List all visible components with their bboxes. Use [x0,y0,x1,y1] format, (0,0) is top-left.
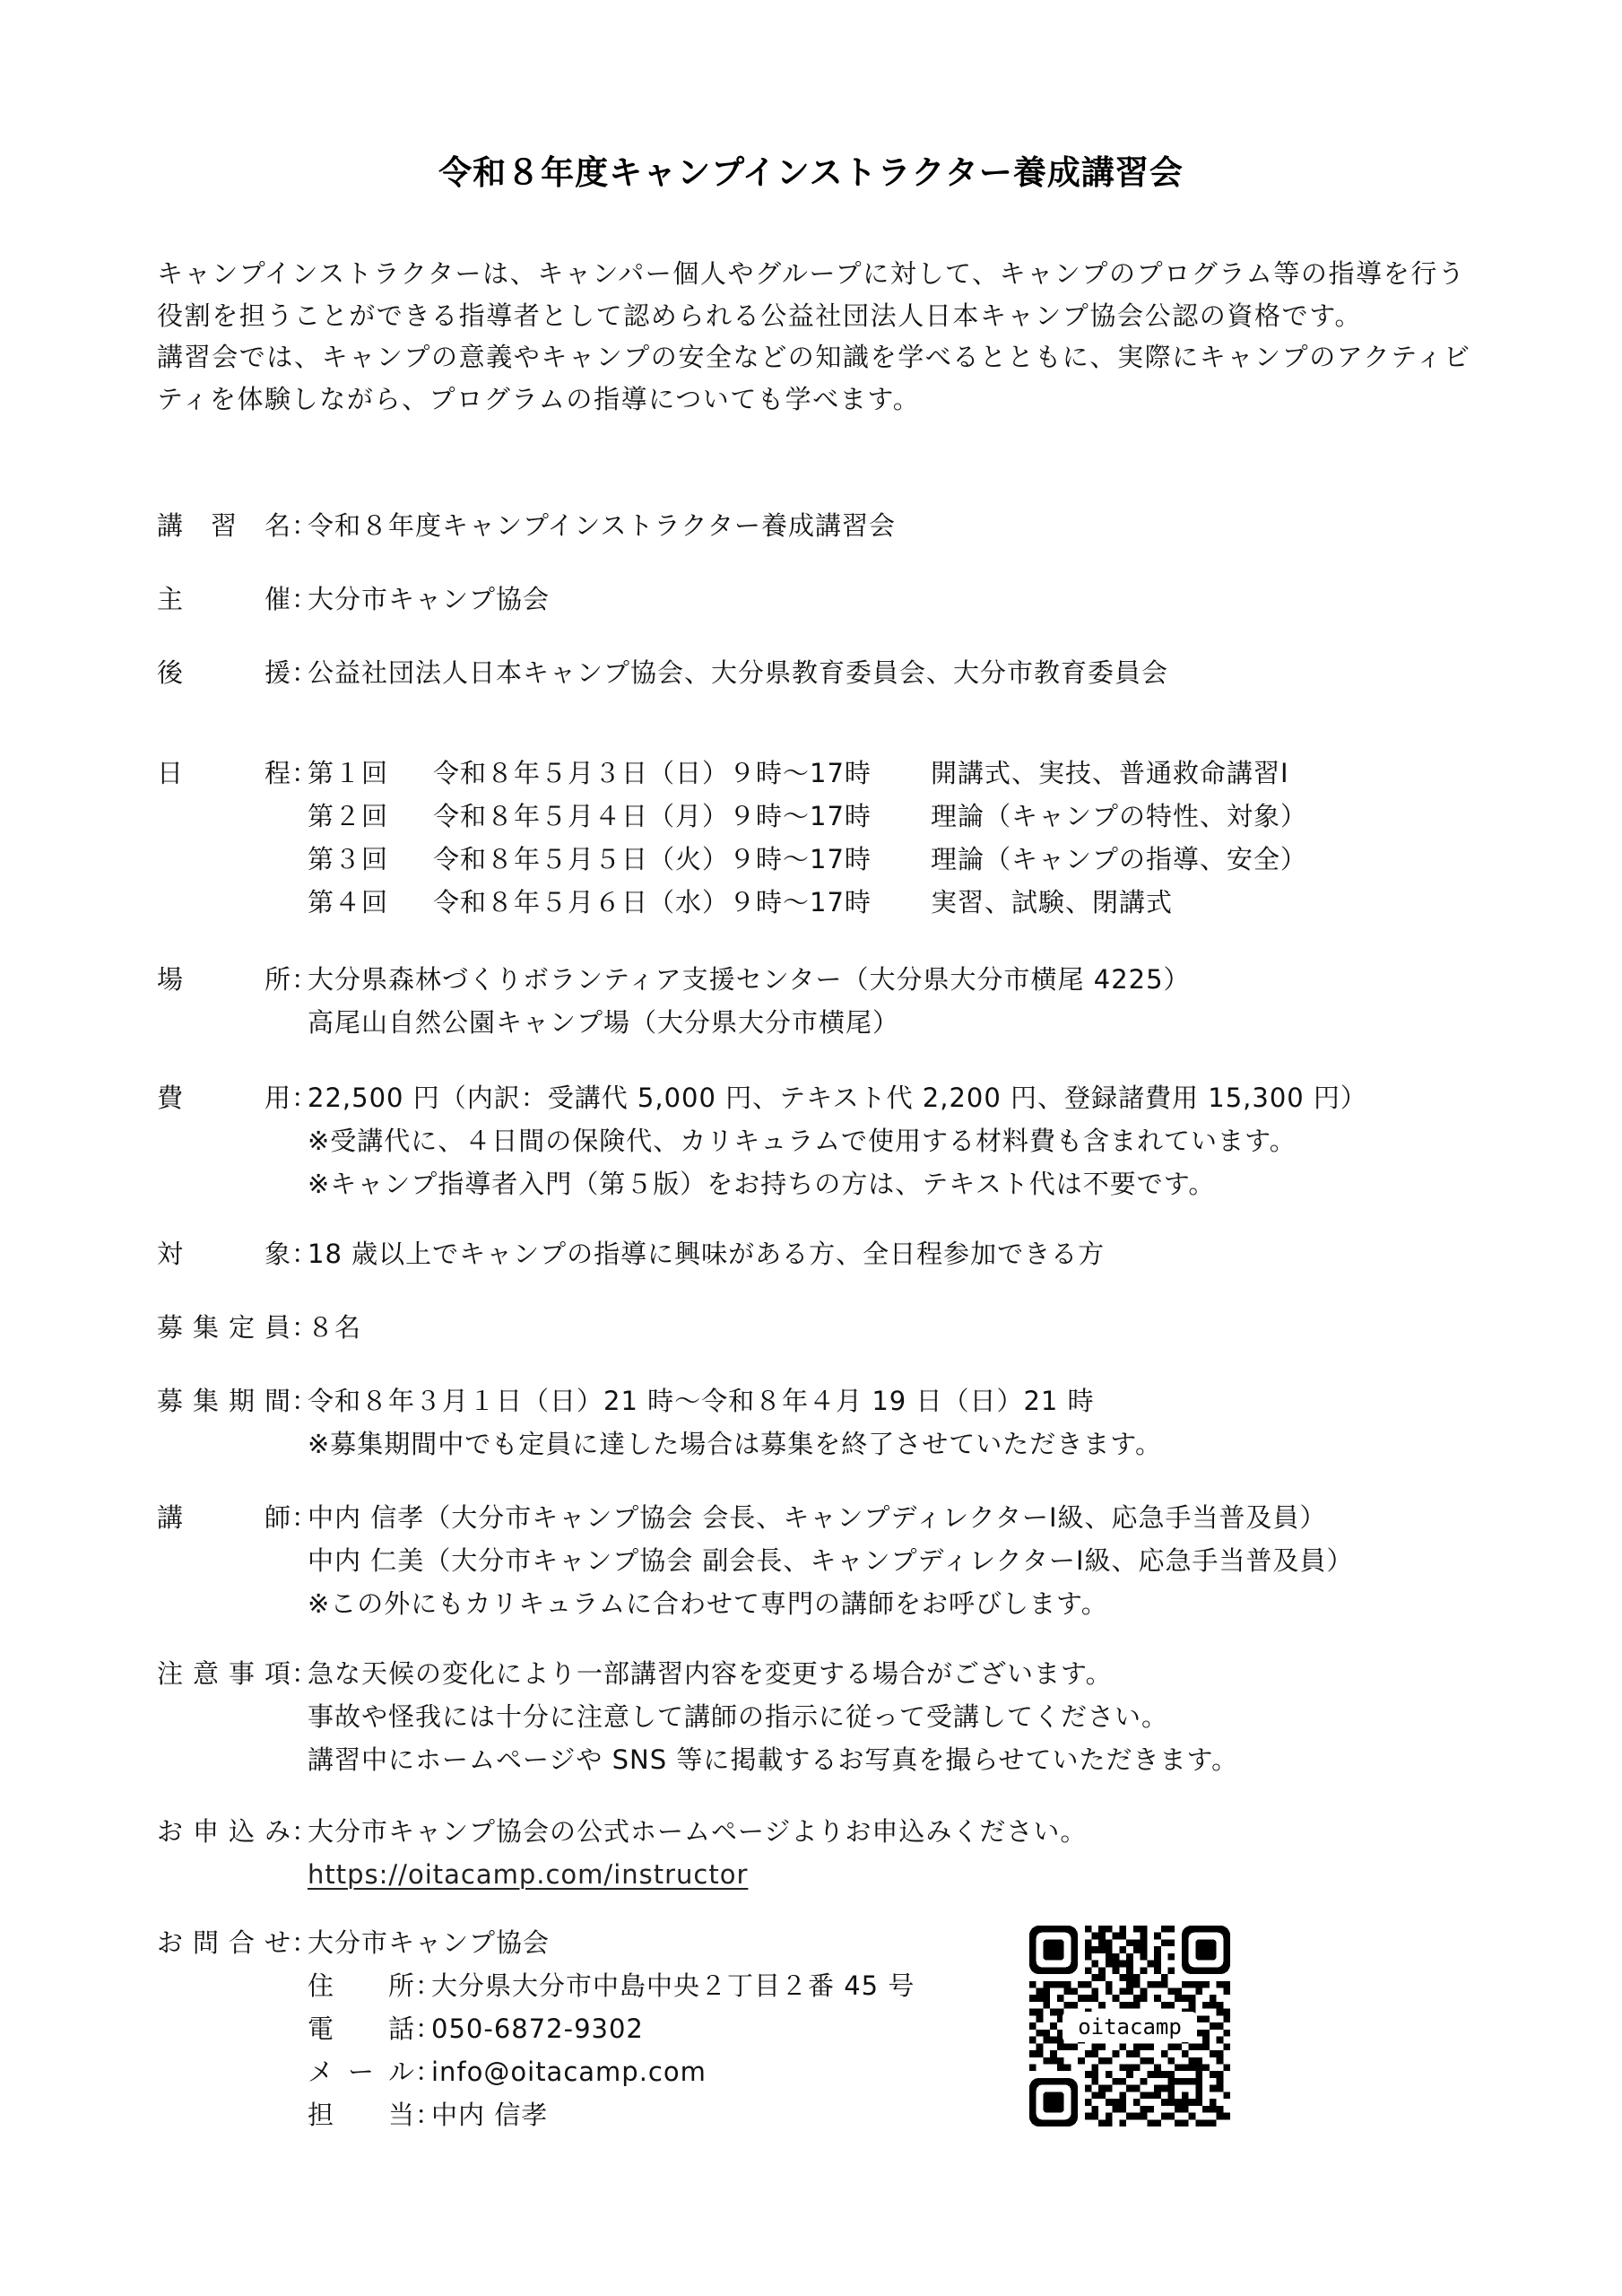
label-schedule: 日 程 [157,752,291,795]
colon: ： [291,504,306,547]
value-notes: 急な天候の変化により一部講習内容を変更する場合がございます。 事故や怪我には十分… [308,1652,1509,1781]
colon: ： [291,1921,306,1964]
colon: ： [291,1076,306,1119]
schedule-item: 第４回 令和８年５月６日（水）９時～17時 実習、試験、閉講式 [308,881,1509,924]
intro-text: キャンプインストラクターは、キャンパー個人やグループに対して、キャンプのプログラ… [157,253,1484,420]
value-apply: 大分市キャンプ協会の公式ホームページよりお申込みください。 https://oi… [308,1810,1509,1896]
contact-phone: 電 話 ： 050-6872-9302 [308,2007,1509,2050]
label-application-period: 募 集 期 間 [157,1379,291,1422]
contact-phone-value: 050-6872-9302 [431,2007,644,2050]
schedule-date: 令和８年５月４日（月）９時～17時 [433,795,931,838]
colon: ： [291,1306,306,1349]
schedule-date: 令和８年５月３日（日）９時～17時 [433,752,931,795]
colon: ： [291,958,306,1001]
colon: ： [291,1496,306,1539]
schedule-item: 第１回 令和８年５月３日（日）９時～17時 開講式、実技、普通救命講習Ⅰ [308,752,1509,795]
schedule-date: 令和８年５月５日（火）９時～17時 [433,838,931,881]
value-venue: 大分県森林づくりボランティア支援センター（大分県大分市横尾 4225） 高尾山自… [308,958,1509,1044]
label-fee: 費 用 [157,1076,291,1119]
value-application-period: 令和８年３月１日（日）21 時～令和８年４月 19 日（日）21 時 ※募集期間… [308,1379,1509,1465]
schedule-content: 理論（キャンプの特性、対象） [931,795,1307,838]
schedule-item: 第２回 令和８年５月４日（月）９時～17時 理論（キャンプの特性、対象） [308,795,1509,838]
label-instructors: 講 師 [157,1496,291,1539]
contact-email: メ ー ル ： info@oitacamp.com [308,2050,1509,2093]
colon: ： [291,1652,306,1695]
schedule-content: 理論（キャンプの指導、安全） [931,838,1307,881]
label-capacity: 募 集 定 員 [157,1306,291,1349]
contact-email-value: info@oitacamp.com [431,2050,707,2093]
intro-paragraph: キャンプインストラクターは、キャンパー個人やグループに対して、キャンプのプログラ… [157,253,1484,336]
schedule-session: 第３回 [308,838,433,881]
application-url-link[interactable]: https://oitacamp.com/instructor [308,1859,748,1890]
colon: ： [291,752,306,795]
contact-address-value: 大分県大分市中島中央２丁目２番 45 号 [431,1964,915,2007]
value-course-name: 令和８年度キャンプインストラクター養成講習会 [308,504,1509,547]
label-supporters: 後 援 [157,651,291,694]
contact-address: 住 所 ： 大分県大分市中島中央２丁目２番 45 号 [308,1964,1509,2007]
label-venue: 場 所 [157,958,291,1001]
intro-paragraph: 講習会では、キャンプの意義やキャンプの安全などの知識を学べるとともに、実際にキャ… [157,336,1484,420]
colon: ： [291,651,306,694]
page-title: 令和８年度キャンプインストラクター養成講習会 [0,145,1622,194]
schedule-session: 第１回 [308,752,433,795]
value-organizer: 大分市キャンプ協会 [308,578,1509,621]
label-apply: お 申 込 み [157,1810,291,1853]
schedule-item: 第３回 令和８年５月５日（火）９時～17時 理論（キャンプの指導、安全） [308,838,1509,881]
label-course-name: 講 習 名 [157,504,291,547]
colon: ： [291,578,306,621]
value-capacity: ８名 [308,1306,1509,1349]
schedule-list: 第１回 令和８年５月３日（日）９時～17時 開講式、実技、普通救命講習Ⅰ 第２回… [308,752,1509,924]
value-fee: 22,500 円（内訳：受講代 5,000 円、テキスト代 2,200 円、登録… [308,1076,1509,1205]
schedule-date: 令和８年５月６日（水）９時～17時 [433,881,931,924]
value-contact: 大分市キャンプ協会 住 所 ： 大分県大分市中島中央２丁目２番 45 号 電 話… [308,1921,1509,2136]
flyer-page: 令和８年度キャンプインストラクター養成講習会 キャンプインストラクターは、キャン… [0,0,1622,2296]
value-supporters: 公益社団法人日本キャンプ協会、大分県教育委員会、大分市教育委員会 [308,651,1509,694]
schedule-session: 第４回 [308,881,433,924]
value-instructors: 中内 信孝（大分市キャンプ協会 会長、キャンプディレクターⅠ級、応急手当普及員）… [308,1496,1509,1625]
value-target: 18 歳以上でキャンプの指導に興味がある方、全日程参加できる方 [308,1232,1509,1275]
schedule-session: 第２回 [308,795,433,838]
qr-code-label: oitacamp [1063,2012,1197,2042]
schedule-content: 開講式、実技、普通救命講習Ⅰ [931,752,1289,795]
contact-person-value: 中内 信孝 [431,2093,548,2136]
contact-person: 担 当 ： 中内 信孝 [308,2093,1509,2136]
label-organizer: 主 催 [157,578,291,621]
schedule-content: 実習、試験、閉講式 [931,881,1173,924]
contact-org: 大分市キャンプ協会 [308,1921,1509,1964]
label-target: 対 象 [157,1232,291,1275]
colon: ： [291,1379,306,1422]
label-notes: 注 意 事 項 [157,1652,291,1695]
label-contact: お 問 合 せ [157,1921,291,1964]
colon: ： [291,1810,306,1853]
colon: ： [291,1232,306,1275]
